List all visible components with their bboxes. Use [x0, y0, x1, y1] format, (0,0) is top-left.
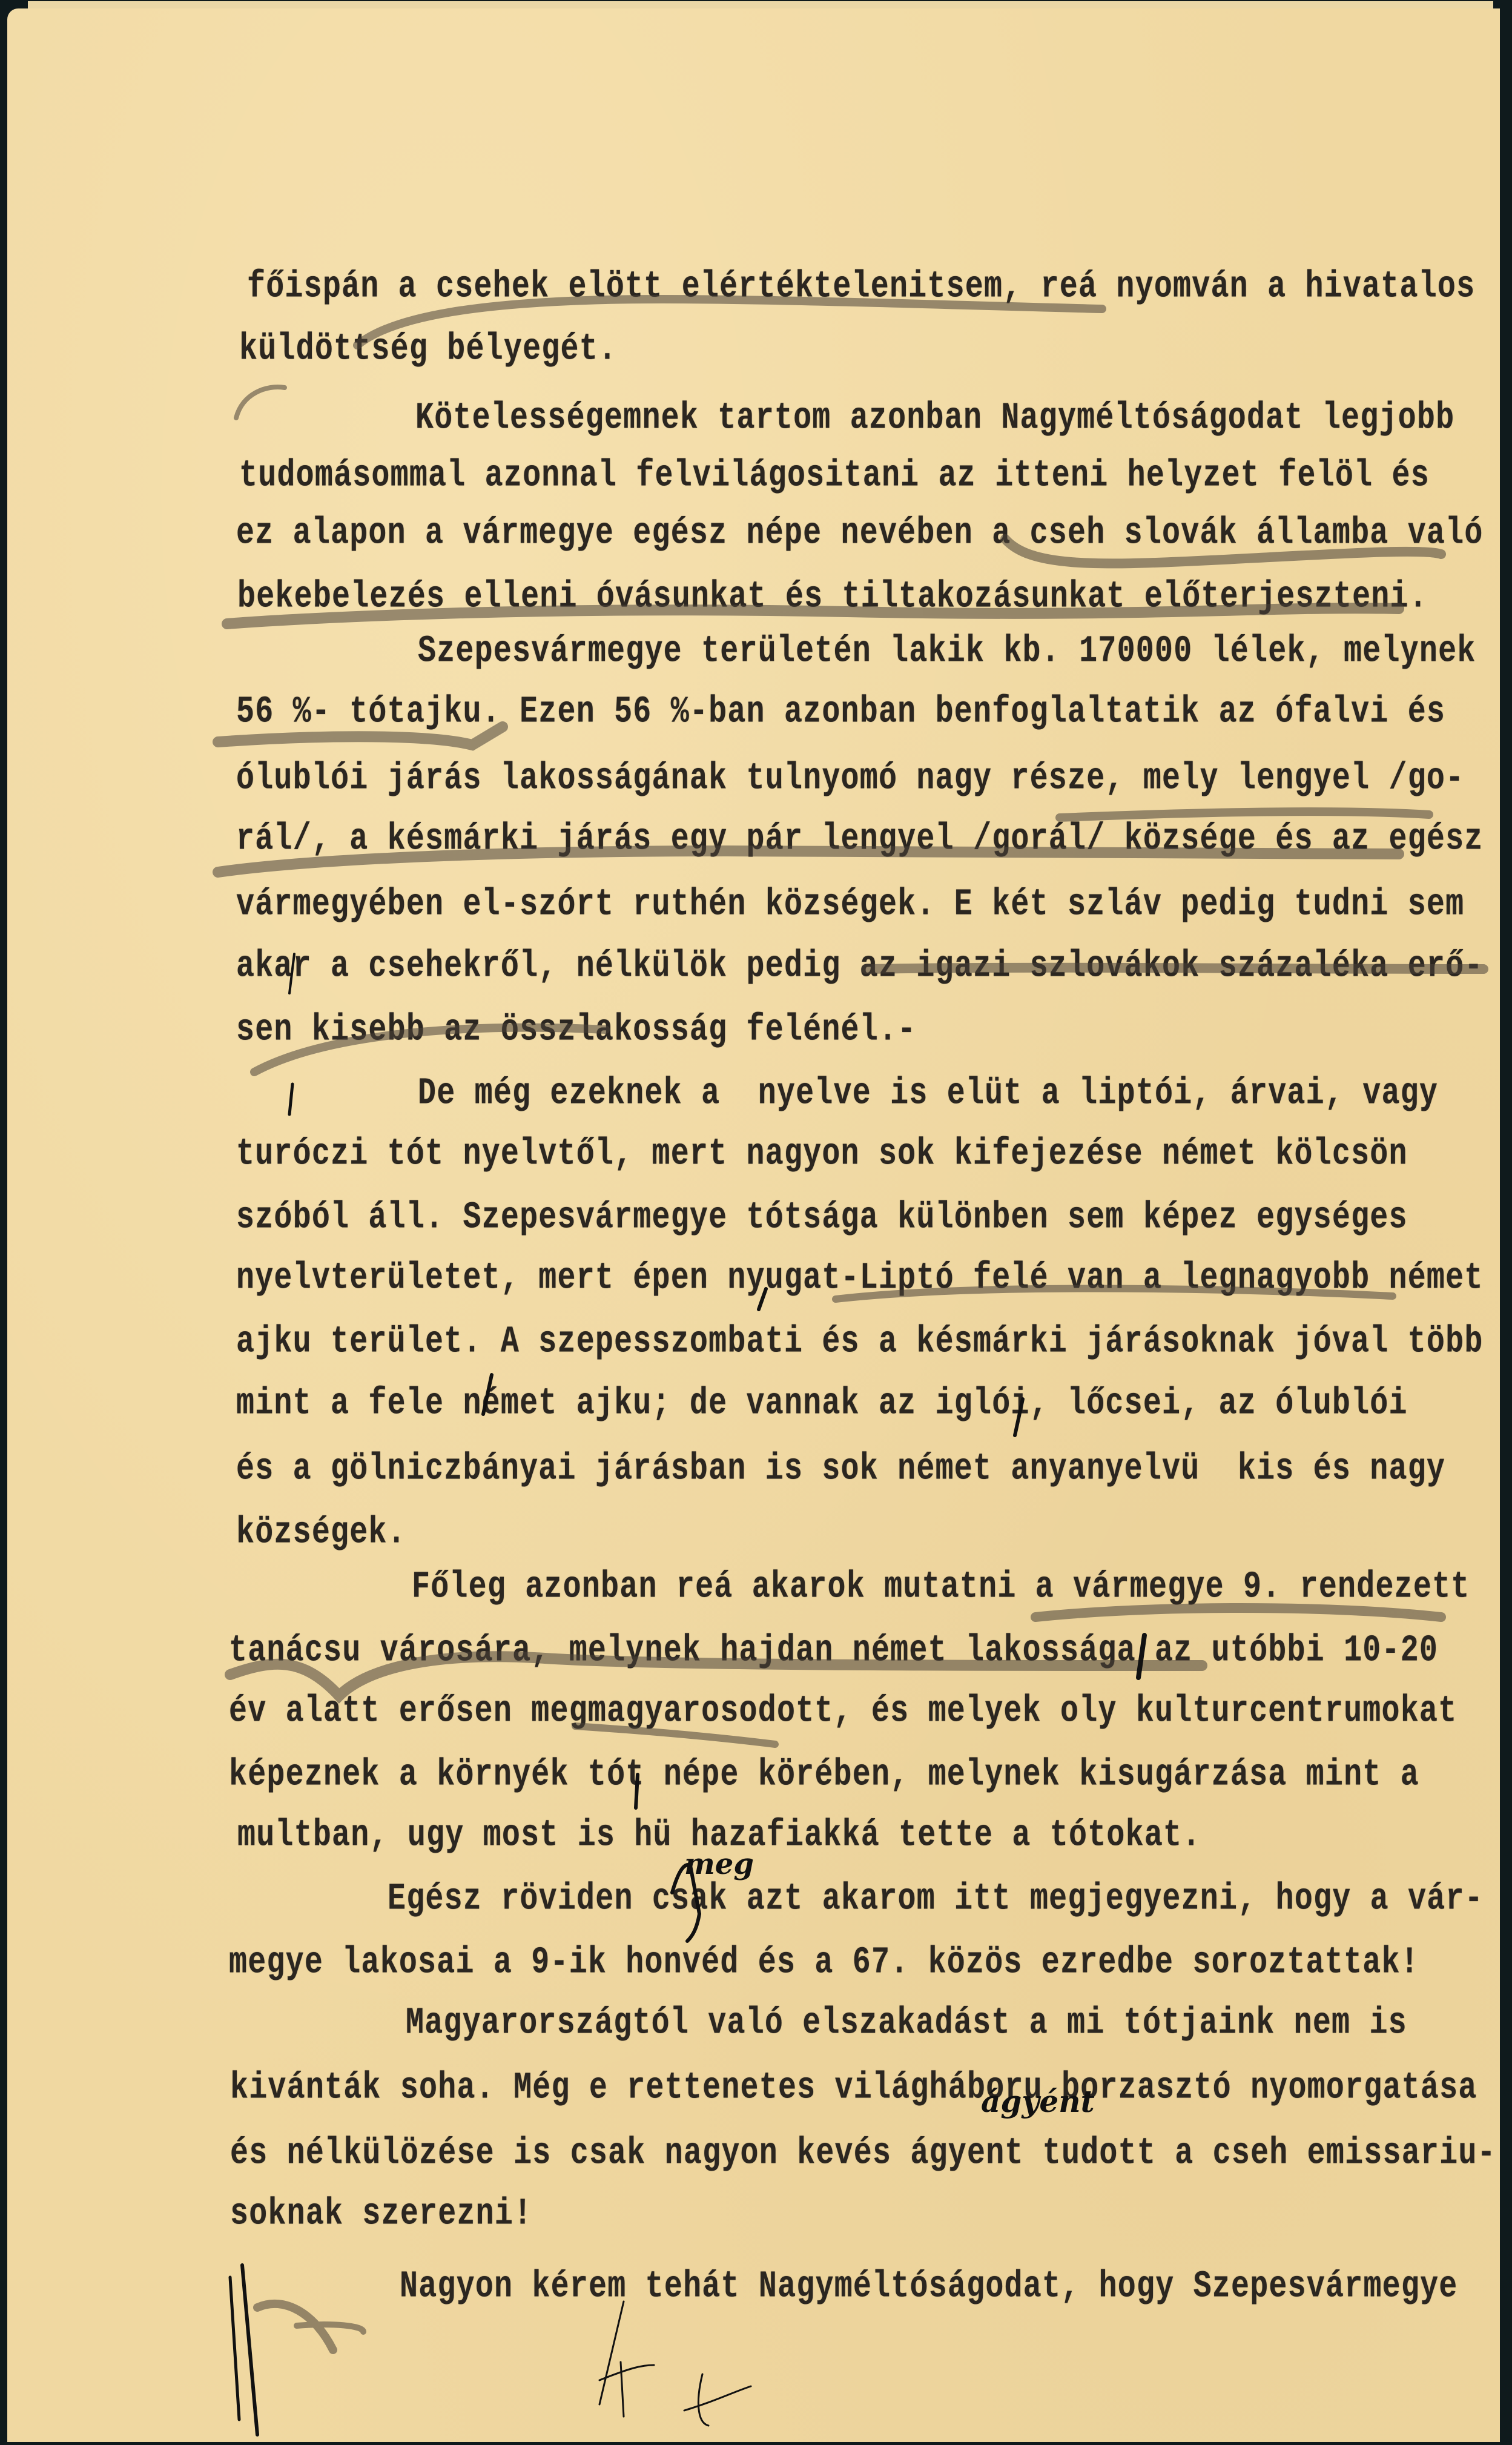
handwritten-insert-meg: meg — [684, 1847, 754, 1881]
ink-annotations — [0, 0, 1512, 2445]
handwritten-insert-agyent: ágyént — [981, 2083, 1095, 2119]
